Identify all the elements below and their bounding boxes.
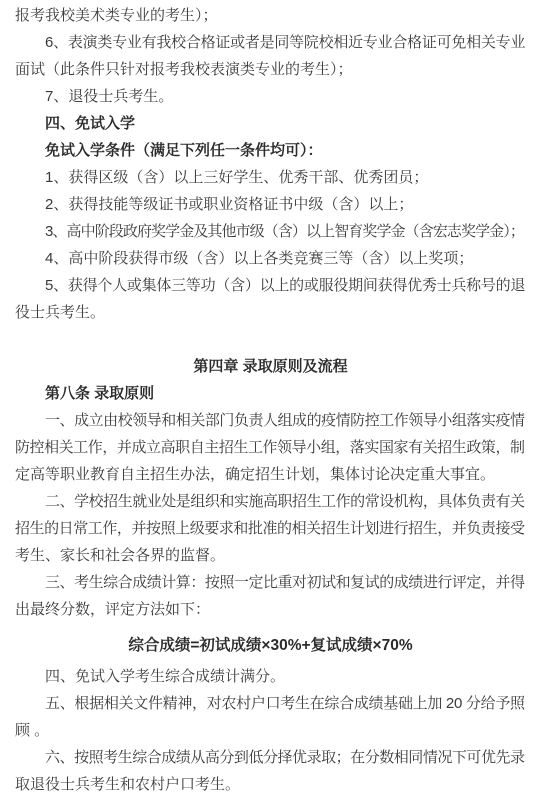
text-line: 考生、家长和社会各界的监督。 (15, 542, 526, 569)
text-line: 1、获得区级（含）以上三好学生、优秀干部、优秀团员； (15, 164, 526, 191)
text-line: 定高等职业教育自主招生办法，确定招生计划，集体讨论决定重大事宜。 (15, 461, 526, 488)
section-heading: 四、免试入学 (15, 110, 526, 137)
text-line: 顾 。 (15, 717, 526, 744)
text-line: 六、按照考生综合成绩从高分到低分择优录取；在分数相同情况下可优先录 (15, 744, 526, 771)
text-line: 招生的日常工作，并按照上级要求和批准的相关招生计划进行招生，并负责接受 (15, 515, 526, 542)
section-heading: 免试入学条件（满足下列任一条件均可）： (15, 137, 526, 164)
text-line: 5、获得个人或集体三等功（含）以上的或服役期间获得优秀士兵称号的退 (15, 272, 526, 299)
text-line: 役士兵考生。 (15, 299, 526, 326)
document-body: 报考我校美术类专业的考生）；6、表演类专业有我校合格证或者是同等院校相近专业合格… (0, 0, 540, 804)
chapter-heading: 第四章 录取原则及流程 (15, 353, 526, 380)
text-line: 一、成立由校领导和相关部门负责人组成的疫情防控工作领导小组落实疫情 (15, 407, 526, 434)
text-line: 取退役士兵考生和农村户口考生。 (15, 771, 526, 798)
text-line: 五、根据相关文件精神，对农村户口考生在综合成绩基础上加 20 分给予照 (15, 690, 526, 717)
text-line: 4、高中阶段获得市级（含）以上各类竞赛三等（含）以上奖项； (15, 245, 526, 272)
formula-line: 综合成绩=初试成绩×30%+复试成绩×70% (15, 632, 526, 659)
text-line: 面试（此条件只针对报考我校表演类专业的考生）； (15, 56, 526, 83)
section-heading: 第八条 录取原则 (15, 380, 526, 407)
text-line: 三、考生综合成绩计算：按照一定比重对初试和复试的成绩进行评定，并得 (15, 569, 526, 596)
text-line: 二、学校招生就业处是组织和实施高职招生工作的常设机构，具体负责有关 (15, 488, 526, 515)
text-line: 7、退役士兵考生。 (15, 83, 526, 110)
text-line: 2、获得技能等级证书或职业资格证书中级（含）以上； (15, 191, 526, 218)
text-line: 四、免试入学考生综合成绩计满分。 (15, 663, 526, 690)
text-line: 防控相关工作，并成立高职自主招生工作领导小组，落实国家有关招生政策，制 (15, 434, 526, 461)
text-line: 出最终分数，评定方法如下： (15, 596, 526, 623)
document-page: 报考我校美术类专业的考生）；6、表演类专业有我校合格证或者是同等院校相近专业合格… (0, 0, 540, 809)
text-line: 6、表演类专业有我校合格证或者是同等院校相近专业合格证可免相关专业 (15, 29, 526, 56)
text-line: 报考我校美术类专业的考生）； (15, 2, 526, 29)
text-line: 3、高中阶段政府奖学金及其他市级（含）以上智育奖学金（含宏志奖学金）； (15, 218, 526, 245)
